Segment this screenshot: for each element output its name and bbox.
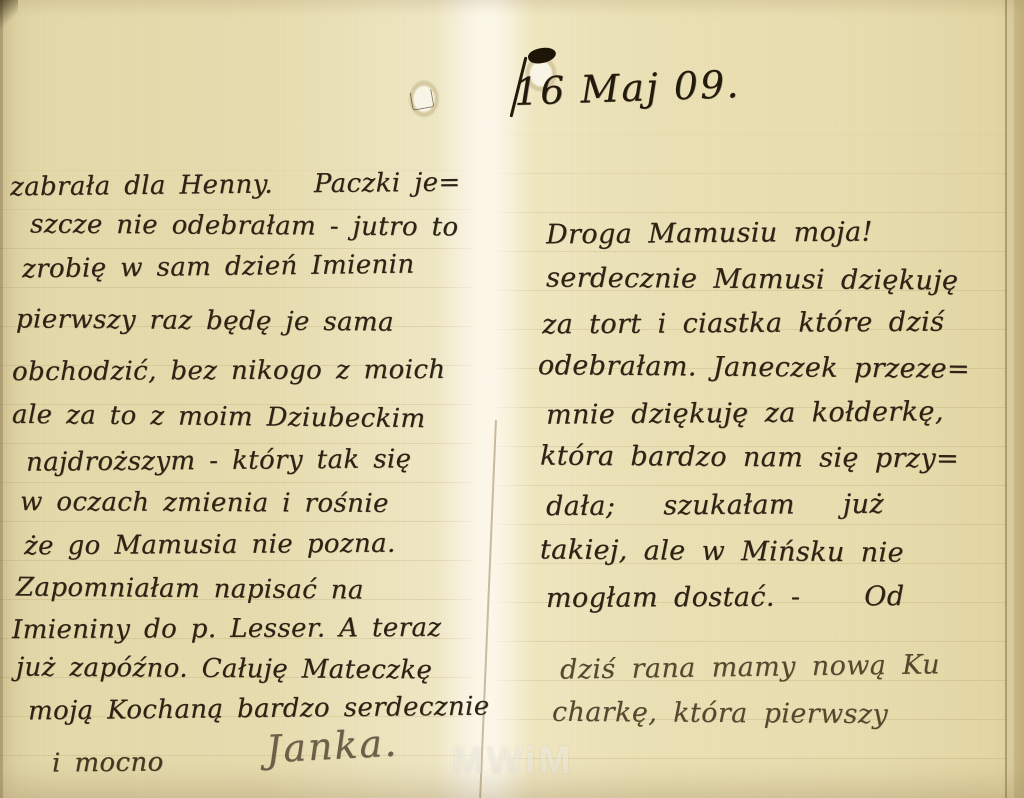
handwriting-line: charkę, która pierwszy	[552, 697, 888, 730]
top-left-corner-shadow	[0, 0, 18, 30]
salutation-line: Droga Mamusiu moja!	[546, 217, 873, 251]
closing-line: i mocno	[52, 748, 164, 779]
handwriting-line: która bardzo nam się przy=	[540, 441, 959, 475]
handwriting-line: Imieniny do p. Lesser. A teraz	[12, 613, 442, 645]
handwriting-line: dała; szukałam już	[546, 489, 884, 522]
right-page-edge	[1005, 0, 1024, 798]
handwriting-line: że go Mamusia nie pozna.	[24, 529, 396, 562]
handwriting-line: zrobię w sam dzień Imienin	[22, 250, 415, 285]
notebook-scan: 16 Maj 09. zabrała dla Henny. Paczki je=…	[0, 0, 1024, 798]
handwriting-line: najdroższym - który tak się	[26, 444, 412, 477]
date-heading: 16 Maj 09.	[513, 62, 741, 114]
watermark-text: MWiM	[452, 740, 573, 783]
handwriting-line: ale za to z moim Dziubeckim	[12, 400, 426, 434]
handwriting-line: takiej, ale w Mińsku nie	[540, 534, 904, 568]
handwriting-line: pierwszy raz będę je sama	[16, 304, 394, 337]
handwriting-line: serdecznie Mamusi dziękuję	[546, 263, 959, 297]
handwriting-line: obchodzić, bez nikogo z moich	[12, 355, 446, 387]
handwriting-line: mogłam dostać. - Od	[546, 581, 905, 614]
left-page-edge	[0, 0, 3, 798]
handwriting-line: mnie dziękuję za kołderkę,	[546, 396, 944, 430]
handwriting-line: za tort i ciastka które dziś	[542, 307, 945, 341]
handwriting-line: odebrałam. Janeczek przeze=	[538, 350, 970, 385]
handwriting-line: szcze nie odebrałam - jutro to	[30, 210, 459, 243]
handwriting-line: w oczach zmienia i rośnie	[20, 487, 389, 519]
signature: Janka.	[265, 721, 399, 772]
handwriting-line: już zapóźno. Całuję Mateczkę	[16, 653, 432, 686]
handwriting-line: Zapomniałam napisać na	[16, 572, 364, 605]
handwriting-line: zabrała dla Henny. Paczki je=	[10, 168, 461, 203]
handwriting-line: dziś rana mamy nową Ku	[560, 649, 940, 685]
handwriting-line: moją Kochaną bardzo serdecznie	[28, 692, 490, 727]
